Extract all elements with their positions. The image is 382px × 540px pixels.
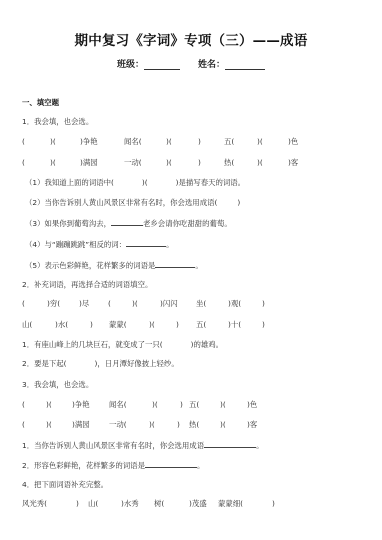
blank-cell[interactable]: )(: [152, 400, 158, 410]
sub-question-text: 1．当你告诉别人黄山风景区非常有名时，你会选用成语: [22, 441, 204, 450]
sub-question-text: （3）如果你到葡萄沟去，: [25, 219, 111, 228]
sub-question-text: （2）当你告诉别人黄山风景区非常有名时，你会选用成语(: [25, 198, 217, 207]
blank-cell[interactable]: )(: [166, 137, 172, 147]
blank-cell[interactable]: )(: [257, 158, 263, 168]
blank-cell[interactable]: ): [176, 320, 179, 330]
name-blank[interactable]: [225, 60, 265, 70]
blank-cell[interactable]: ): [198, 137, 201, 147]
word-cell: )茂盛: [189, 499, 207, 509]
q2-sub-question-2: 2．要是下起()，日月潭好像披上轻纱。: [22, 359, 179, 369]
word-cell: )满园: [72, 420, 90, 430]
sub-question-text: 2．要是下起(: [22, 359, 67, 368]
answer-blank[interactable]: [111, 218, 143, 226]
blank-cell[interactable]: )(: [50, 137, 56, 147]
blank-cell[interactable]: )(: [220, 420, 226, 430]
page-title: 期中复习《字词》专项（三）——成语: [0, 29, 382, 49]
answer-blank[interactable]: [204, 440, 256, 448]
q3-sub-question-2: 2．形容色彩鲜艳，花样繁多的词语是。: [22, 460, 204, 471]
word-cell: 热(: [189, 420, 199, 430]
blank-cell[interactable]: )(: [46, 420, 52, 430]
sub-question-text: 2．形容色彩鲜艳，花样繁多的词语是: [22, 461, 145, 470]
blank-cell[interactable]: )穷(: [47, 299, 60, 309]
blank-cell[interactable]: (: [22, 420, 25, 430]
blank-cell[interactable]: (: [108, 299, 111, 309]
blank-cell[interactable]: (: [22, 400, 25, 410]
question-3-prompt: 3．我会填，也会选。: [22, 380, 93, 390]
sub-question-3: （3）如果你到葡萄沟去，老乡会请你吃甜甜的葡萄。: [25, 218, 232, 229]
class-blank[interactable]: [144, 60, 180, 70]
word-cell: 五(: [189, 400, 199, 410]
sub-question-text: 。: [197, 461, 204, 470]
word-cell: )满园: [80, 158, 98, 168]
blank-cell[interactable]: )(: [220, 400, 226, 410]
word-cell: 热(: [224, 158, 234, 168]
sub-question-text: )(: [142, 178, 148, 187]
word-cell: )闪闪: [160, 299, 178, 309]
sub-question-text: （1）我知道上面的词语中(: [25, 178, 114, 187]
sub-question-text: 1．有座山峰上的几块巨石，就变成了一只(: [22, 340, 163, 349]
blank-cell[interactable]: )(: [132, 299, 138, 309]
question-4-prompt: 4．把下面词语补充完整。: [22, 480, 108, 490]
section-heading: 一、填空题: [22, 98, 59, 108]
word-cell: )水秀: [121, 499, 139, 509]
word-cell: 蒙蒙细(: [218, 499, 243, 509]
answer-blank[interactable]: [155, 260, 195, 268]
sub-question-4: （4）与“蹦蹦跳跳”相反的词：。: [25, 239, 173, 250]
sub-question-text: （4）与“蹦蹦跳跳”相反的词：: [25, 240, 126, 249]
sub-question-text: 。: [195, 261, 202, 270]
sub-question-1: （1）我知道上面的词语中()()是描写春天的词语。: [25, 178, 245, 188]
blank-cell[interactable]: )水(: [55, 320, 68, 330]
sub-question-text: )是描写春天的词语。: [176, 178, 245, 187]
sub-question-text: )，日月潭好像披上轻纱。: [95, 359, 179, 368]
sub-question-text: 。: [256, 441, 263, 450]
word-cell: )色: [247, 400, 257, 410]
blank-cell[interactable]: )(: [149, 420, 155, 430]
word-cell: 山(: [88, 499, 98, 509]
q3-sub-question-1: 1．当你告诉别人黄山风景区非常有名时，你会选用成语。: [22, 440, 264, 451]
sub-question-text: （5）表示色彩鲜艳，花样繁多的词语是: [25, 261, 155, 270]
word-cell: 五(: [196, 320, 206, 330]
blank-cell[interactable]: )(: [46, 400, 52, 410]
sub-question-text: ): [237, 198, 240, 207]
worksheet-page: 期中复习《字词》专项（三）——成语 班级： 姓名： 一、填空题 1．我会填，也会…: [0, 0, 382, 540]
blank-cell[interactable]: ): [262, 320, 265, 330]
blank-cell[interactable]: ): [177, 420, 180, 430]
word-cell: )客: [288, 158, 298, 168]
word-cell: )色: [288, 137, 298, 147]
blank-cell[interactable]: )(: [166, 158, 172, 168]
blank-cell[interactable]: ): [90, 320, 93, 330]
word-cell: )争艳: [72, 400, 90, 410]
word-cell: 坐(: [196, 299, 206, 309]
answer-blank[interactable]: [145, 460, 197, 468]
word-cell: 闻名(: [124, 137, 142, 147]
class-field: 班级：: [117, 57, 180, 70]
sub-question-text: 老乡会请你吃甜甜的葡萄。: [143, 219, 232, 228]
word-cell: 山(: [22, 320, 32, 330]
question-1-prompt: 1．我会填，也会选。: [22, 117, 93, 127]
word-cell: 蒙蒙(: [109, 320, 127, 330]
sub-question-text: )的雄鸡。: [191, 340, 223, 349]
blank-cell[interactable]: )十(: [228, 320, 241, 330]
class-label: 班级：: [117, 60, 144, 70]
blank-cell[interactable]: )(: [50, 158, 56, 168]
word-cell: 树(: [154, 499, 164, 509]
word-cell: 闻名(: [109, 400, 127, 410]
blank-cell[interactable]: ): [198, 158, 201, 168]
blank-cell[interactable]: )观(: [228, 299, 241, 309]
blank-cell[interactable]: ): [262, 299, 265, 309]
blank-cell[interactable]: (: [22, 137, 25, 147]
q2-sub-question-1: 1．有座山峰上的几块巨石，就变成了一只()的雄鸡。: [22, 340, 223, 350]
answer-blank[interactable]: [126, 239, 166, 247]
word-cell: 五(: [224, 137, 234, 147]
blank-cell[interactable]: )(: [149, 320, 155, 330]
word-cell: 风光秀(: [22, 499, 47, 509]
name-field: 姓名：: [198, 57, 265, 70]
name-label: 姓名：: [198, 60, 225, 70]
blank-cell[interactable]: (: [22, 299, 25, 309]
sub-question-2: （2）当你告诉别人黄山风景区非常有名时，你会选用成语(): [25, 198, 240, 208]
word-cell: )尽: [79, 299, 89, 309]
blank-cell[interactable]: )(: [257, 137, 263, 147]
blank-cell[interactable]: ): [180, 400, 183, 410]
question-2-prompt: 2．补充词语，再选择合适的词语填空。: [22, 280, 152, 290]
word-cell: 一动(: [124, 158, 142, 168]
sub-question-text: 。: [166, 240, 173, 249]
word-cell: )客: [247, 420, 257, 430]
blank-cell[interactable]: (: [22, 158, 25, 168]
blank-cell[interactable]: ): [272, 499, 275, 509]
word-cell: 一动(: [109, 420, 127, 430]
word-cell: )争艳: [80, 137, 98, 147]
sub-question-5: （5）表示色彩鲜艳，花样繁多的词语是。: [25, 260, 203, 271]
blank-cell[interactable]: ): [76, 499, 79, 509]
